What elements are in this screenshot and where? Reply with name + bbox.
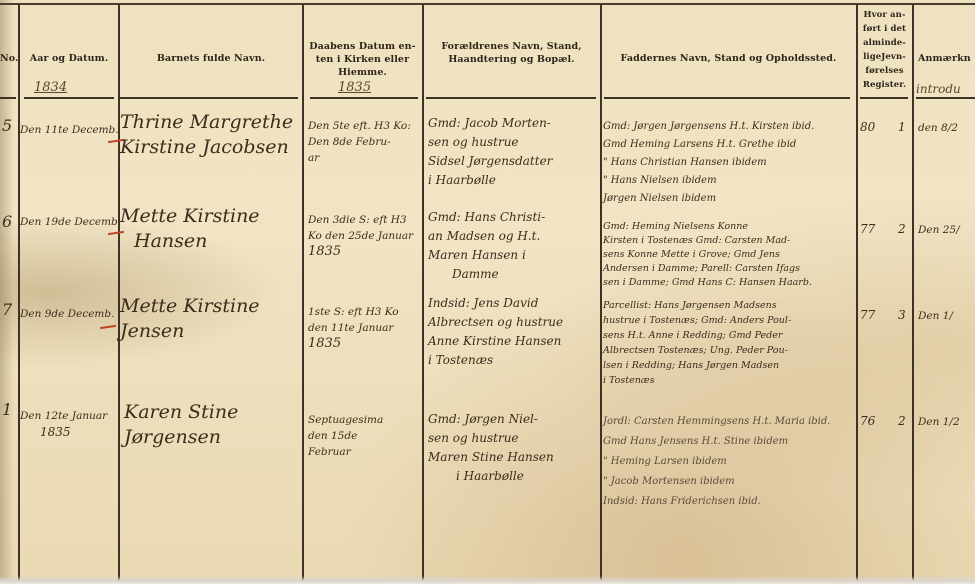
header-register: Hvor an- ført i det alminde- ligeJevn- f… bbox=[857, 8, 912, 92]
entry-number: 1 bbox=[2, 400, 12, 419]
child-name: Thrine Margrethe Kirstine Jacobsen bbox=[120, 110, 293, 160]
header-baptism-year: 1835 bbox=[338, 80, 371, 95]
remarks: Den 1/ bbox=[918, 308, 953, 324]
header-rule bbox=[0, 97, 16, 99]
column-rule-baptism bbox=[422, 4, 424, 584]
column-rule-no bbox=[18, 4, 20, 584]
child-name: Mette Kirstine Jensen bbox=[120, 294, 260, 344]
parents: Gmd: Jacob Morten- sen og hustrue Sidsel… bbox=[428, 114, 552, 190]
header-baptism-date: Daabens Datum en- ten i Kirken eller Hie… bbox=[303, 40, 422, 79]
godparents: Jordl: Carsten Hemmingsens H.t. Maria ib… bbox=[603, 412, 830, 512]
entry-number: 7 bbox=[2, 300, 12, 319]
register-page: No. Aar og Datum. 1834 Barnets fulde Nav… bbox=[0, 0, 975, 584]
parents: Gmd: Jørgen Niel- sen og hustrue Maren S… bbox=[428, 410, 554, 486]
baptism-date: 1ste S: eft H3 Ko den 11te Januar 1835 bbox=[308, 304, 399, 352]
remarks: Den 25/ bbox=[918, 222, 960, 238]
register-sub: 3 bbox=[898, 306, 906, 325]
header-parents: Forældrenes Navn, Stand, Haandtering og … bbox=[423, 40, 600, 66]
header-rule bbox=[426, 97, 596, 99]
child-name: Mette Kirstine Hansen bbox=[120, 204, 260, 254]
register-number: 77 bbox=[860, 306, 875, 325]
red-pencil-mark bbox=[100, 325, 116, 329]
header-date: Aar og Datum. bbox=[20, 52, 118, 65]
entry-date: Den 12te Januar 1835 bbox=[20, 408, 107, 440]
entry-number: 5 bbox=[2, 116, 12, 135]
top-rule bbox=[0, 3, 975, 5]
baptism-date: Septuagesima den 15de Februar bbox=[308, 412, 383, 460]
register-number: 76 bbox=[860, 412, 875, 431]
register-number: 77 bbox=[860, 220, 875, 239]
column-rule-parents bbox=[600, 4, 602, 584]
header-remarks: Anmærkn bbox=[918, 52, 975, 65]
header-rule bbox=[604, 97, 850, 99]
header-remarks-note: introdu bbox=[916, 82, 961, 96]
header-rule bbox=[916, 97, 975, 99]
header-rule bbox=[120, 97, 298, 99]
remarks: den 8/2 bbox=[918, 120, 958, 136]
entry-date: Den 9de Decemb. bbox=[20, 306, 114, 322]
column-rule-child bbox=[302, 4, 304, 584]
register-sub: 2 bbox=[898, 220, 906, 239]
parents: Indsid: Jens David Albrectsen og hustrue… bbox=[428, 294, 563, 370]
godparents: Gmd: Jørgen Jørgensens H.t. Kirsten ibid… bbox=[603, 118, 814, 208]
header-rule bbox=[860, 97, 908, 99]
entry-date: Den 11te Decemb. bbox=[20, 122, 119, 138]
header-rule bbox=[24, 97, 114, 99]
parents: Gmd: Hans Christi- an Madsen og H.t. Mar… bbox=[428, 208, 545, 284]
baptism-date: Den 5te eft. H3 Ko: Den 8de Febru- ar bbox=[308, 118, 411, 166]
remarks: Den 1/2 bbox=[918, 414, 960, 430]
register-number: 80 bbox=[860, 118, 875, 137]
godparents: Gmd: Heming Nielsens Konne Kirsten i Tos… bbox=[603, 220, 812, 290]
header-date-year: 1834 bbox=[34, 80, 67, 95]
header-no: No. bbox=[0, 52, 18, 65]
torn-bottom-edge bbox=[0, 576, 975, 584]
register-sub: 1 bbox=[898, 118, 906, 137]
page-binding-shadow bbox=[0, 0, 14, 584]
register-sub: 2 bbox=[898, 412, 906, 431]
header-rule bbox=[310, 97, 418, 99]
header-godparents: Faddernes Navn, Stand og Opholdssted. bbox=[601, 52, 856, 65]
baptism-date: Den 3die S: eft H3 Ko den 25de Januar 18… bbox=[308, 212, 413, 260]
header-child-name: Barnets fulde Navn. bbox=[120, 52, 302, 65]
entry-number: 6 bbox=[2, 212, 12, 231]
godparents: Parcellist: Hans Jørgensen Madsens hustr… bbox=[603, 298, 791, 388]
child-name: Karen Stine Jørgensen bbox=[124, 400, 238, 450]
entry-date: Den 19de Decemb. bbox=[20, 214, 121, 230]
column-rule-register bbox=[912, 4, 914, 584]
